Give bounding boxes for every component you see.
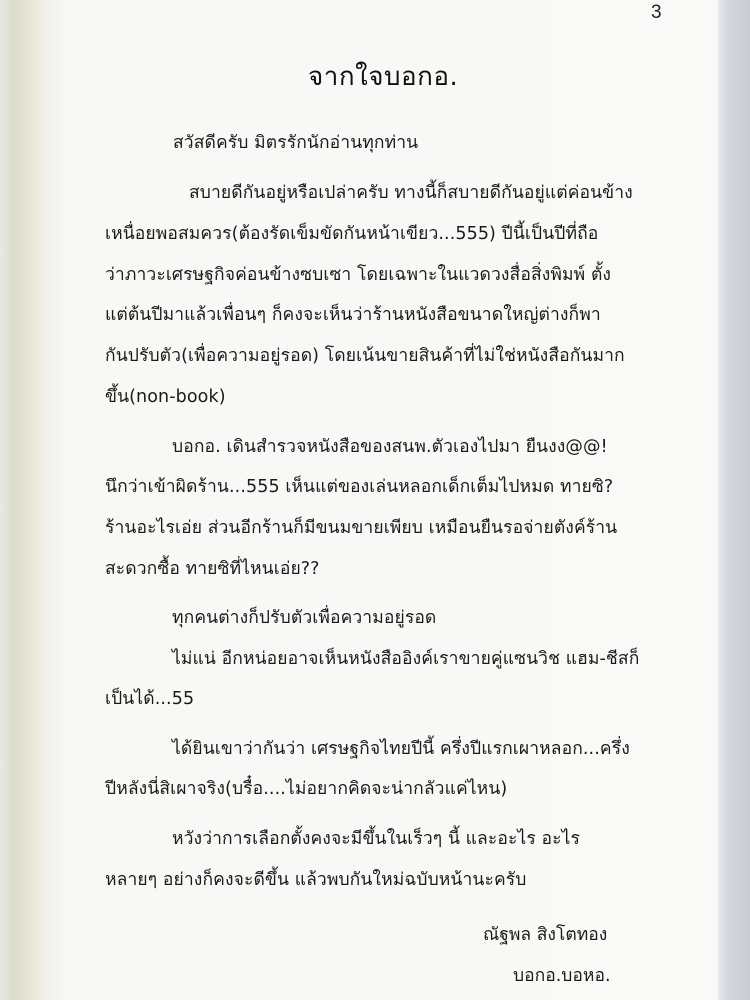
body-line: แต่ต้นปีมาแล้วเพื่อนๆ ก็คงจะเห็นว่าร้านห… bbox=[105, 300, 601, 328]
body-line: กันปรับตัว(เพื่อความอยู่รอด) โดยเน้นขายส… bbox=[105, 341, 625, 369]
page-number: 3 bbox=[651, 2, 662, 24]
body-line: ขึ้น(non-book) bbox=[105, 382, 226, 410]
page-title: จากใจบอกอ. bbox=[308, 56, 458, 97]
body-line: สะดวกซื้อ ทายซิที่ไหนเอ่ย?? bbox=[105, 554, 320, 582]
body-line: หวังว่าการเลือกตั้งคงจะมีขึ้นในเร็วๆ นี้… bbox=[172, 824, 580, 852]
body-line: ได้ยินเขาว่ากันว่า เศรษฐกิจไทยปีนี้ ครึ่… bbox=[172, 734, 630, 762]
body-line: หลายๆ อย่างก็คงจะดีขึ้น แล้วพบกันใหม่ฉบั… bbox=[105, 865, 526, 893]
body-line: ทุกคนต่างก็ปรับตัวเพื่อความอยู่รอด bbox=[172, 603, 436, 631]
body-line-greeting: สวัสดีครับ มิตรรักนักอ่านทุกท่าน bbox=[173, 128, 418, 156]
body-line: ร้านอะไรเอ่ย ส่วนอีกร้านก็มีขนมขายเพียบ … bbox=[105, 513, 617, 541]
page-edge-shadow bbox=[718, 0, 750, 1000]
body-line: เหนื่อยพอสมควร(ต้องรัดเข็มขัดกันหน้าเขีย… bbox=[105, 219, 598, 247]
body-line: สบายดีกันอยู่หรือเปล่าครับ ทางนี้ก็สบายด… bbox=[189, 178, 633, 206]
body-line: บอกอ. เดินสำรวจหนังสือของสนพ.ตัวเองไปมา … bbox=[172, 432, 608, 460]
signature-role: บอกอ.บอหอ. bbox=[513, 961, 611, 989]
body-line: นึกว่าเข้าผิดร้าน...555 เห็นแต่ของเล่นหล… bbox=[105, 472, 613, 500]
body-line: ไม่แน่ อีกหน่อยอาจเห็นหนังสืออิงค์เราขาย… bbox=[172, 644, 639, 672]
signature-name: ณัฐพล สิงโตทอง bbox=[483, 920, 607, 948]
body-line: ว่าภาวะเศรษฐกิจค่อนข้างซบเซา โดยเฉพาะในแ… bbox=[105, 260, 611, 288]
body-line: ปีหลังนี่สิเผาจริง(บรื๋อ....ไม่อยากคิดจะ… bbox=[105, 774, 507, 802]
body-line: เป็นได้...55 bbox=[105, 684, 194, 712]
